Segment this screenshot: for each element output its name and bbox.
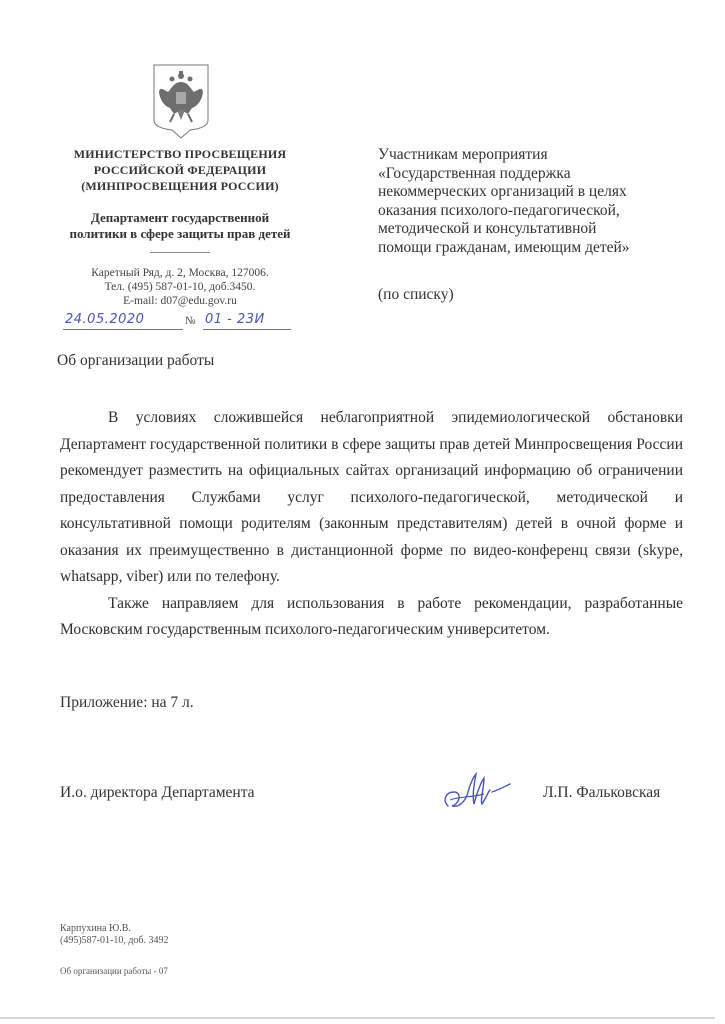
ministry-line-1: МИНИСТЕРСТВО ПРОСВЕЩЕНИЯ: [50, 146, 310, 162]
appendix-note: Приложение: на 7 л.: [60, 694, 194, 712]
coat-of-arms-emblem-icon: [150, 62, 212, 140]
ministry-name: МИНИСТЕРСТВО ПРОСВЕЩЕНИЯ РОССИЙСКОЙ ФЕДЕ…: [50, 146, 310, 194]
addressee-block: Участникам мероприятия «Государственная …: [378, 146, 678, 257]
document-code: Об организации работы - 07: [60, 966, 168, 976]
number-underline: [203, 329, 291, 330]
executor-name: Карпухина Ю.В.: [60, 923, 169, 935]
per-list-note: (по списку): [378, 286, 454, 304]
body-paragraph: В условиях сложившейся неблагоприятной э…: [60, 405, 683, 591]
date-underline: [63, 329, 183, 330]
executor-info: Карпухина Ю.В. (495)587-01-10, доб. 3492: [60, 923, 169, 947]
address-line: Каретный Ряд, д. 2, Москва, 127006.: [50, 266, 310, 280]
number-label: №: [185, 315, 196, 327]
signature-icon: [440, 770, 520, 816]
department-name: Департамент государственной политики в с…: [50, 210, 310, 242]
ministry-line-2: РОССИЙСКОЙ ФЕДЕРАЦИИ: [50, 162, 310, 178]
phone-line: Тел. (495) 587-01-10, доб.3450.: [50, 280, 310, 294]
department-line-1: Департамент государственной: [50, 210, 310, 226]
department-line-2: политики в сфере защиты прав детей: [50, 226, 310, 242]
letter-body: В условиях сложившейся неблагоприятной э…: [60, 405, 683, 644]
executor-phone: (495)587-01-10, доб. 3492: [60, 935, 169, 947]
page-edge: [0, 1017, 715, 1019]
addressee-line: оказания психолого-педагогической,: [378, 202, 678, 221]
registration-line: 24.05.2020 № 01 - 23И: [63, 312, 291, 332]
body-paragraph: Также направляем для использования в раб…: [60, 591, 683, 644]
ministry-line-3: (МИНПРОСВЕЩЕНИЯ РОССИИ): [50, 178, 310, 194]
addressee-line: Участникам мероприятия: [378, 146, 678, 165]
addressee-line: некоммерческих организаций в целях: [378, 183, 678, 202]
header-divider: [150, 252, 210, 253]
addressee-line: «Государственная поддержка: [378, 165, 678, 184]
letter-subject: Об организации работы: [57, 352, 214, 370]
signer-title: И.о. директора Департамента: [60, 784, 255, 802]
addressee-line: методической и консультативной: [378, 220, 678, 239]
email-line: E-mail: d07@edu.gov.ru: [50, 294, 310, 308]
registration-number: 01 - 23И: [205, 312, 265, 327]
signer-name: Л.П. Фальковская: [543, 784, 660, 802]
addressee-line: помощи гражданам, имеющим детей»: [378, 239, 678, 258]
registration-date: 24.05.2020: [65, 312, 144, 327]
department-address: Каретный Ряд, д. 2, Москва, 127006. Тел.…: [50, 266, 310, 308]
